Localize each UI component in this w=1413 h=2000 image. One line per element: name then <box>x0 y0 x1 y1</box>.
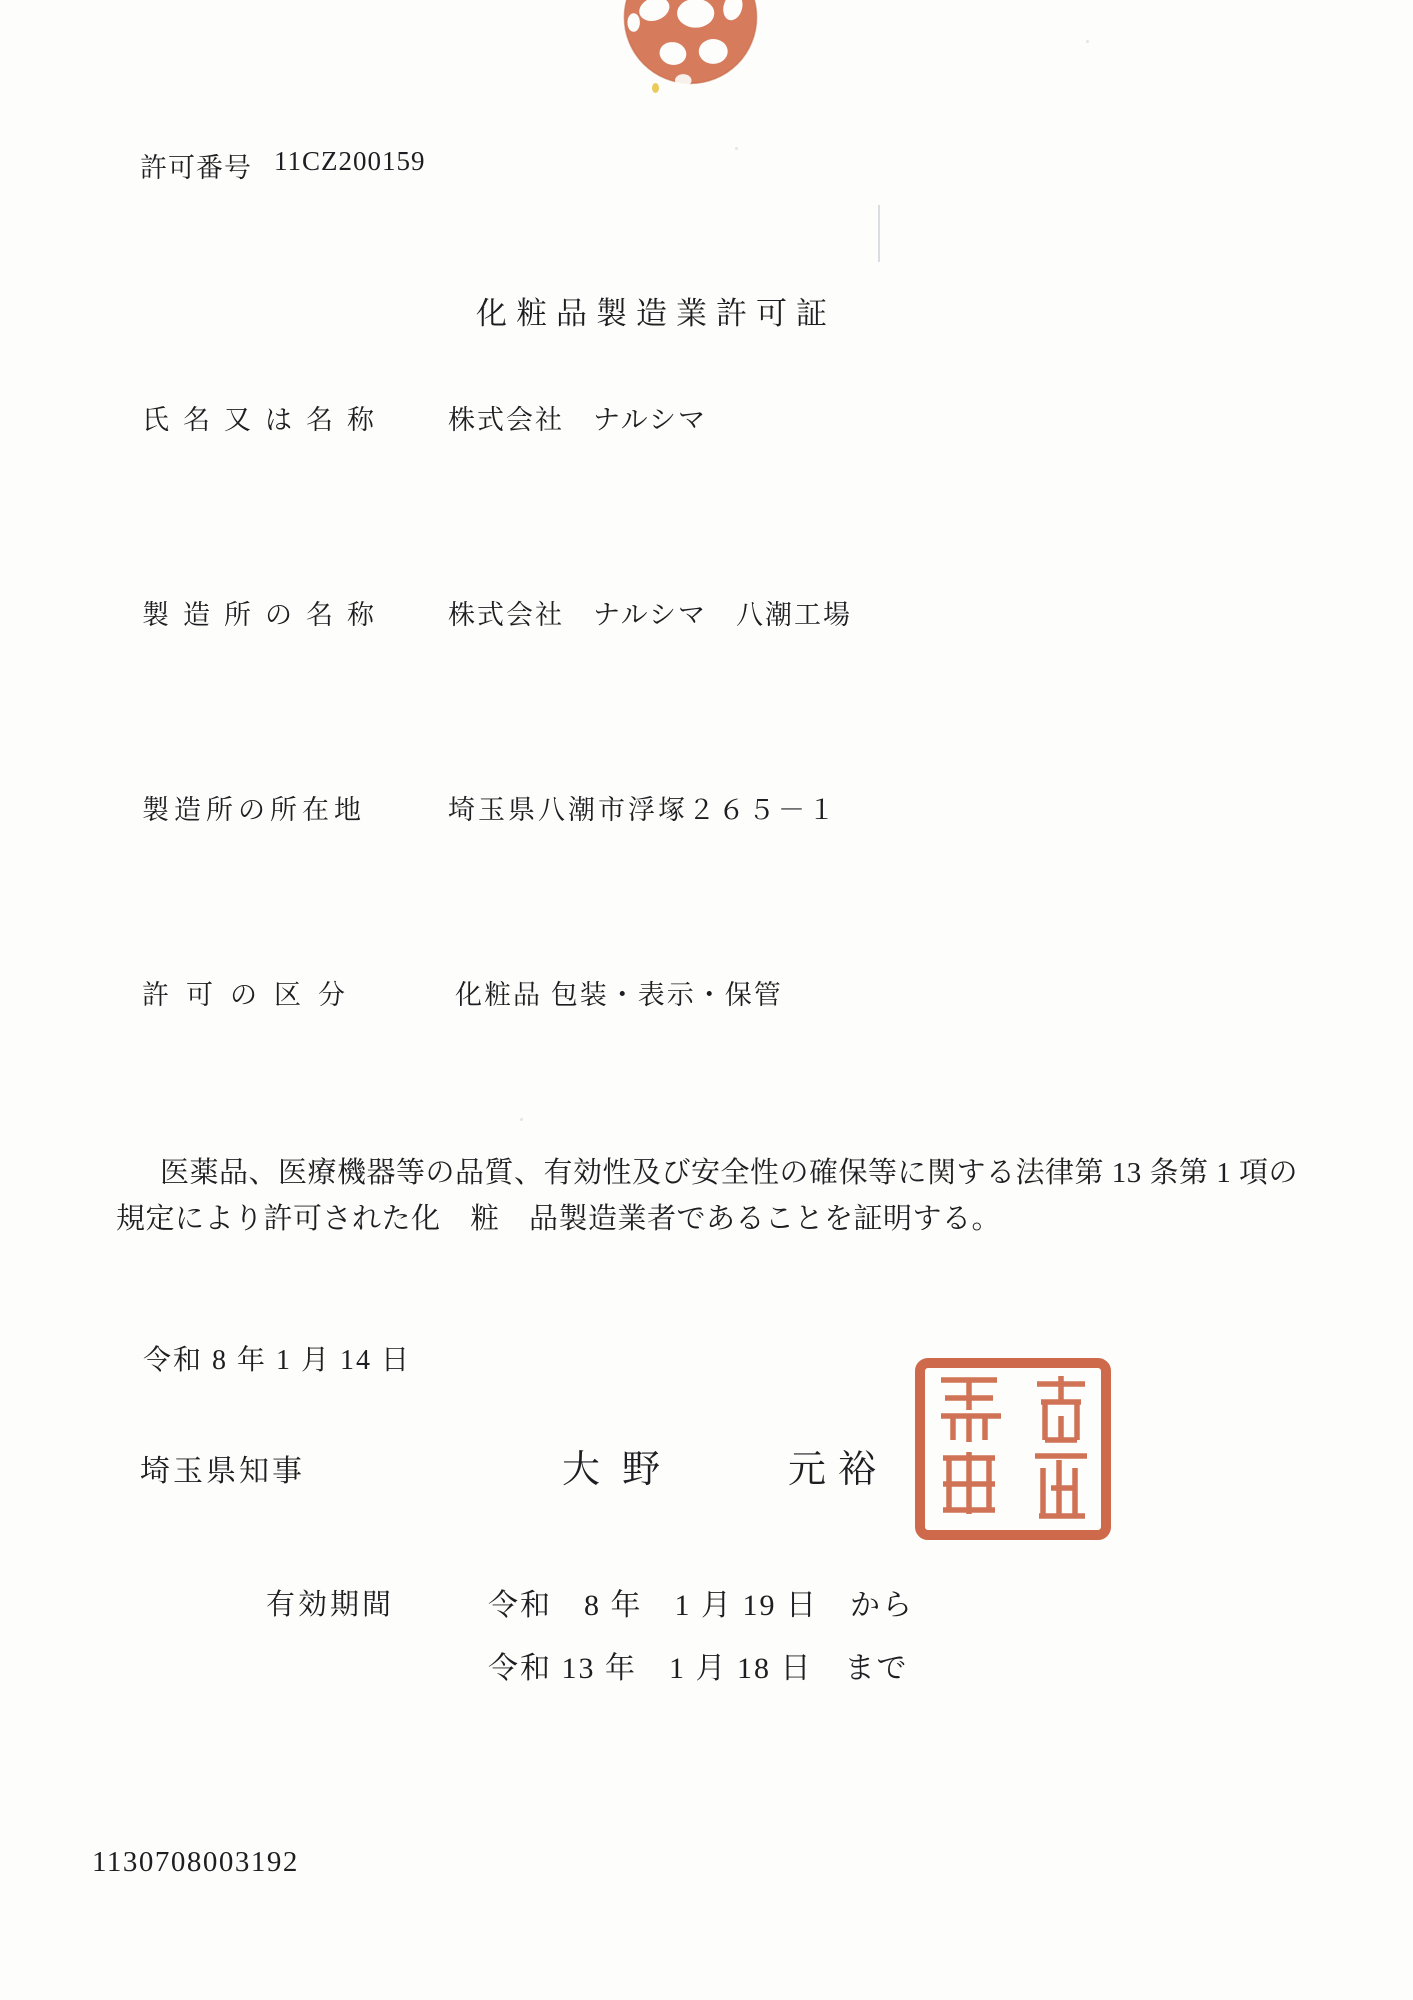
certification-text-line2: 規定により許可された化 粧 品製造業者であることを証明する。 <box>116 1196 1001 1237</box>
scan-speck <box>1086 40 1089 43</box>
field-value-factory-address: 埼玉県八潮市浮塚２６５－１ <box>448 788 838 827</box>
document-serial-number: 1130708003192 <box>92 1846 299 1879</box>
validity-period-label: 有効期間 <box>266 1582 394 1623</box>
scan-mark <box>652 83 659 93</box>
issue-date: 令和 8 年 1 月 14 日 <box>143 1338 411 1378</box>
issuer-title: 埼玉県知事 <box>140 1446 305 1490</box>
field-label-name: 氏名又は名称 <box>142 398 388 437</box>
certification-text-line1: 医薬品、医療機器等の品質、有効性及び安全性の確保等に関する法律第 13 条第 1… <box>160 1150 1298 1191</box>
prefecture-emblem-stamp-icon <box>613 0 768 100</box>
issuer-name-family: 大野 <box>562 1438 682 1493</box>
field-value-permit-category: 化粧品 包装・表示・保管 <box>455 973 783 1012</box>
governor-red-name-seal-icon <box>913 1356 1113 1542</box>
field-label-factory-name: 製造所の名称 <box>142 593 388 632</box>
field-value-name: 株式会社 ナルシマ <box>448 398 707 437</box>
validity-period-to: 令和 13 年 1 月 18 日 まで <box>488 1643 909 1687</box>
field-label-permit-category: 許可の区分 <box>142 973 362 1012</box>
field-label-factory-address: 製造所の所在地 <box>142 788 366 827</box>
permit-number-value: 11CZ200159 <box>274 146 426 185</box>
certificate-page: 許可番号 11CZ200159 化粧品製造業許可証 氏名又は名称 株式会社 ナル… <box>0 0 1413 2000</box>
field-value-factory-name: 株式会社 ナルシマ 八潮工場 <box>448 593 852 632</box>
issuer-name-given: 元裕 <box>788 1438 888 1493</box>
scan-speck <box>735 147 738 150</box>
permit-number-label: 許可番号 <box>140 146 252 185</box>
scan-speck <box>520 1118 523 1121</box>
permit-number-line: 許可番号 11CZ200159 <box>140 146 426 185</box>
document-title: 化粧品製造業許可証 <box>476 288 836 333</box>
scan-artifact-line <box>878 205 880 262</box>
validity-period-from: 令和 8 年 1 月 19 日 から <box>488 1580 914 1624</box>
